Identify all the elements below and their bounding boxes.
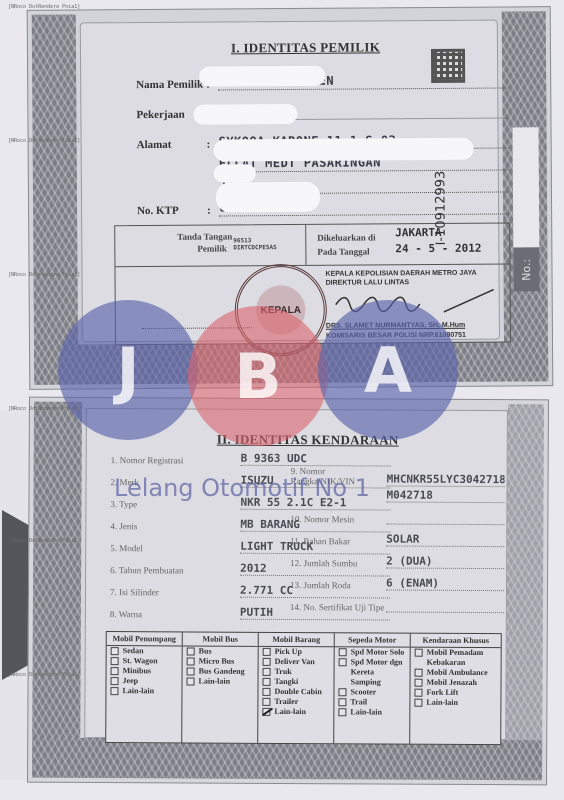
checkbox[interactable]	[262, 688, 270, 696]
serial-no-label: No.:	[513, 247, 539, 291]
owner-section-title: I. IDENTITAS PEMILIK	[231, 39, 380, 56]
field-label: Alamat	[137, 139, 207, 151]
category-item-label: Lain-lain	[198, 677, 230, 687]
watermark-circle-b: B	[188, 306, 328, 446]
vehicle-field-label: 7. Isi Silinder	[110, 587, 240, 598]
checkbox[interactable]	[338, 698, 346, 706]
checkbox[interactable]	[111, 657, 119, 665]
vehicle-field-label: 13. Jumlah Roda	[290, 580, 386, 591]
category-column: Kendaraan KhususMobil Pemadam KebakaranM…	[410, 634, 501, 744]
guilloche-border-right	[506, 404, 544, 778]
category-item: St. Wagon	[107, 656, 182, 666]
checkbox[interactable]	[263, 648, 271, 656]
vehicle-field-value	[386, 511, 504, 526]
category-item: Trail	[334, 697, 409, 707]
serial-number: I-10912993	[433, 145, 449, 245]
category-item-label: Tangki	[274, 677, 298, 687]
category-item-label: Double Cabin	[274, 687, 321, 697]
category-item: Jeep	[106, 676, 181, 686]
field-label: No. KTP	[137, 205, 207, 217]
ocr-tag: [NRoco Dotrendere Tnia1]	[8, 138, 80, 144]
category-item-label: Mobil Jenazah	[426, 678, 477, 688]
ocr-tag: [NRoco DotRendere Pnia1]	[8, 4, 80, 10]
category-item: Tangki	[258, 677, 333, 687]
category-header: Mobil Penumpang	[107, 632, 182, 646]
category-column: Sepeda MotorSpd Motor SoloSpd Motor dgn …	[334, 633, 411, 743]
vehicle-field: 12. Jumlah Sumbu2 (DUA)	[290, 554, 504, 569]
category-item: Spd Motor dgn Kereta Samping	[334, 657, 409, 687]
redaction	[214, 164, 256, 182]
category-item-label: Bus	[199, 647, 212, 657]
category-header: Mobil Barang	[259, 633, 334, 647]
checkbox[interactable]	[110, 687, 118, 695]
category-item: Lain-lain	[182, 676, 257, 686]
redaction	[216, 182, 320, 213]
checkbox[interactable]	[111, 647, 119, 655]
category-item: Bus Gandeng	[183, 666, 258, 676]
checkbox[interactable]	[111, 677, 119, 685]
category-header: Kendaraan Khusus	[411, 634, 501, 648]
vehicle-field-label: 6. Tahun Pembuatan	[110, 565, 240, 576]
category-item-label: Pick Up	[275, 647, 302, 657]
field-occupation: Pekerjaan	[136, 102, 508, 121]
vehicle-field-label: 12. Jumlah Sumbu	[290, 558, 386, 569]
category-item: Bus	[183, 646, 258, 656]
vehicle-field: 1. Nomor RegistrasiB 9363 UDC	[111, 451, 391, 466]
checkbox[interactable]	[339, 648, 347, 656]
redaction	[199, 66, 325, 87]
vehicle-field-value: M042718	[386, 489, 504, 504]
vehicle-field: 14. No. Sertifikat Uji Tipe	[290, 598, 504, 613]
category-header: Mobil Bus	[183, 632, 258, 646]
category-item: Deliver Van	[259, 657, 334, 667]
category-item-label: Spd Motor dgn Kereta Samping	[350, 657, 405, 687]
guilloche-border-left	[32, 402, 82, 776]
category-item-label: Mobil Ambulance	[427, 668, 488, 678]
category-item-label: Lain-lain	[122, 686, 154, 696]
category-item-label: Sedan	[123, 646, 144, 656]
authority-title: KEPALA KEPOLISIAN DAERAH METRO JAYA	[326, 270, 477, 278]
category-item-label: Minibus	[123, 666, 152, 676]
checkbox[interactable]	[263, 678, 271, 686]
category-item-label: Micro Bus	[199, 657, 235, 667]
category-item-label: Trail	[350, 697, 367, 707]
checkbox[interactable]	[263, 668, 271, 676]
category-item-label: Mobil Pemadam Kebakaran	[427, 648, 497, 668]
category-item: Sedan	[107, 646, 182, 656]
checkbox[interactable]	[263, 658, 271, 666]
checkbox[interactable]	[262, 708, 270, 716]
category-item-label: Bus Gandeng	[199, 667, 245, 677]
watermark-circle-a: A	[318, 300, 458, 440]
category-column: Mobil PenumpangSedanSt. WagonMinibusJeep…	[106, 632, 183, 742]
checkbox[interactable]	[187, 657, 195, 665]
vehicle-identity-card: II. IDENTITAS KENDARAAN 1. Nomor Registr…	[27, 397, 549, 786]
category-item-label: Jeep	[122, 676, 138, 686]
field-address-line-3: JA	[137, 176, 509, 195]
category-item: Lain-lain	[106, 686, 181, 696]
vehicle-field-value	[386, 599, 504, 614]
vehicle-field-label: 5. Model	[110, 543, 240, 554]
checkbox[interactable]	[187, 667, 195, 675]
category-item: Lain-lain	[334, 707, 409, 717]
vehicle-field-value: MHCNKR55LYC3042718	[387, 473, 505, 488]
category-item-label: Truk	[275, 667, 292, 677]
vehicle-field-value: B 9363 UDC	[241, 452, 391, 467]
vehicle-category-table: Mobil PenumpangSedanSt. WagonMinibusJeep…	[105, 631, 502, 745]
checkbox[interactable]	[415, 679, 423, 687]
vehicle-field-value: SOLAR	[386, 533, 504, 548]
category-item: Fork Lift	[410, 688, 500, 698]
category-item-label: Lain-lain	[350, 707, 382, 717]
vehicle-field-label: 1. Nomor Registrasi	[111, 455, 241, 466]
category-item-label: Scooter	[350, 687, 376, 697]
document-scan: I. IDENTITAS PEMILIK Nama Pemilik : YIDM…	[0, 0, 564, 800]
category-item: Micro Bus	[183, 656, 258, 666]
vehicle-field-label: 10. Nomor Mesin	[290, 514, 386, 525]
category-item: Minibus	[107, 666, 182, 676]
vehicle-field-value: 6 (ENAM)	[386, 577, 504, 592]
category-item: Lain-lain	[258, 707, 333, 717]
category-column: Mobil BarangPick UpDeliver VanTrukTangki…	[258, 633, 335, 743]
category-header: Sepeda Motor	[335, 633, 410, 647]
vehicle-field: 13. Jumlah Roda6 (ENAM)	[290, 576, 504, 591]
checkbox[interactable]	[338, 708, 346, 716]
category-item-label: Deliver Van	[275, 657, 315, 667]
category-item-label: Trailer	[274, 697, 298, 707]
checkbox[interactable]	[415, 649, 423, 657]
owner-code: 96513 DIRTCDCPESAS	[233, 237, 283, 251]
category-item-label: Fork Lift	[426, 688, 458, 698]
category-item: Double Cabin	[258, 687, 333, 697]
checkbox[interactable]	[339, 658, 347, 666]
category-item: Mobil Jenazah	[410, 678, 500, 688]
checkbox[interactable]	[187, 647, 195, 655]
checkbox[interactable]	[187, 677, 195, 685]
checkbox[interactable]	[111, 667, 119, 675]
category-item: Lain-lain	[410, 698, 500, 708]
checkbox[interactable]	[414, 689, 422, 697]
field-label: Nama Pemilik	[136, 79, 206, 91]
category-item: Mobil Ambulance	[411, 668, 501, 678]
vehicle-field: 11. Bahan BakarSOLAR	[290, 532, 504, 547]
category-item-label: Lain-lain	[426, 698, 458, 708]
checkbox[interactable]	[415, 669, 423, 677]
checkbox[interactable]	[338, 688, 346, 696]
field-ktp-number: No. KTP : 0 .000000.74	[137, 198, 509, 217]
checkbox[interactable]	[262, 698, 270, 706]
category-item: Trailer	[258, 697, 333, 707]
ocr-tag: [NRoco DotRendere Pnia1]	[8, 672, 80, 678]
category-item: Scooter	[334, 687, 409, 697]
category-column: Mobil BusBusMicro BusBus GandengLain-lai…	[182, 632, 259, 742]
checkbox[interactable]	[414, 699, 422, 707]
vehicle-field-label: 11. Bahan Bakar	[290, 536, 386, 547]
vehicle-field-label: 8. Warna	[110, 609, 240, 620]
ocr-tag: [NRoco Dotrendere Fnia1]	[8, 272, 80, 278]
vehicle-section: II. IDENTITAS KENDARAAN 1. Nomor Registr…	[84, 408, 508, 740]
category-item-label: St. Wagon	[123, 656, 158, 666]
vehicle-field-label: 14. No. Sertifikat Uji Tipe	[290, 602, 386, 613]
ocr-tag: [NRoco DotRendere Pnia1]	[8, 538, 80, 544]
watermark-circle-j: J	[58, 300, 198, 440]
category-item: Truk	[259, 667, 334, 677]
redaction	[193, 104, 297, 125]
ocr-tag: [NRoco DotRendere Pnia1]	[8, 406, 80, 412]
vehicle-field-label: 4. Jenis	[110, 521, 240, 532]
vehicle-field: 10. Nomor Mesin	[290, 510, 504, 525]
category-item-label: Lain-lain	[274, 707, 306, 717]
category-item: Pick Up	[259, 647, 334, 657]
category-item: Mobil Pemadam Kebakaran	[411, 648, 501, 668]
watermark-text: Lelang Otomotif No 1	[114, 474, 370, 502]
category-item-label: Spd Motor Solo	[351, 647, 405, 657]
category-item: Spd Motor Solo	[335, 647, 410, 657]
vehicle-field-value: 2 (DUA)	[386, 555, 504, 570]
